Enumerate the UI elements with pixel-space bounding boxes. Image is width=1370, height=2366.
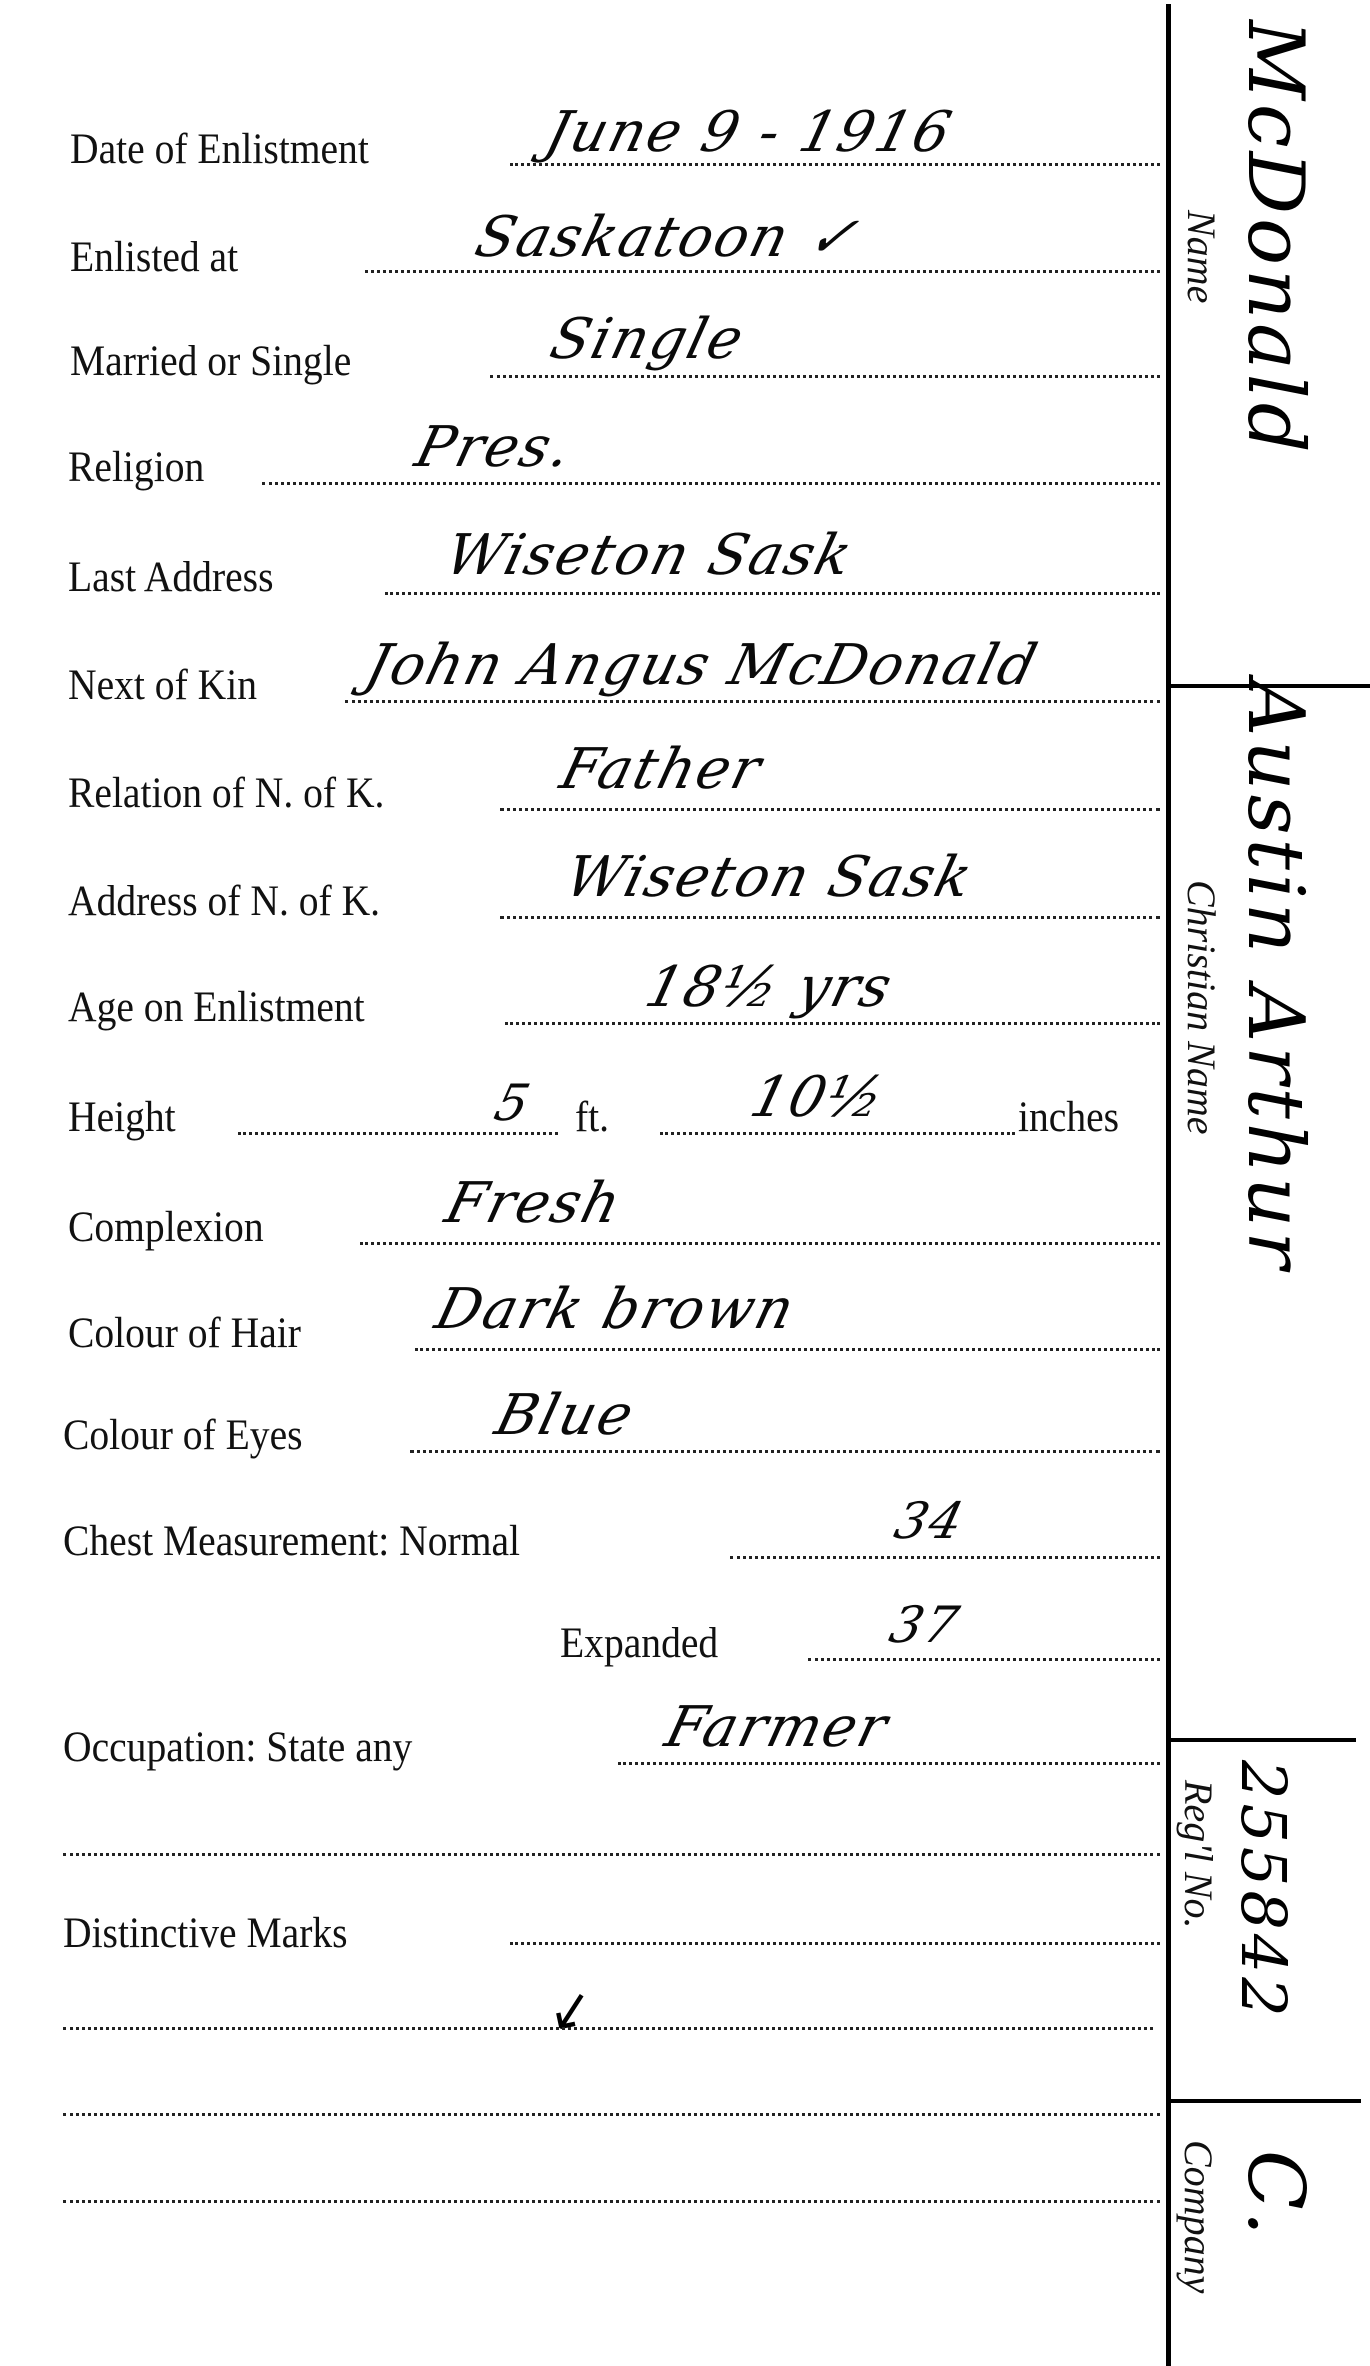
chest-normal-line bbox=[730, 1556, 1160, 1559]
relation-of-nok-line bbox=[500, 808, 1160, 811]
address-of-nok-label: Address of N. of K. bbox=[68, 880, 380, 923]
distinctive-marks-checkmark: ↙ bbox=[542, 1974, 599, 2045]
company-value: C. bbox=[1230, 2150, 1320, 2240]
height-ft-unit: ft. bbox=[575, 1096, 609, 1139]
chest-expanded-label: Expanded bbox=[560, 1622, 718, 1665]
distinctive-marks-line bbox=[510, 1942, 1160, 1945]
complexion-line bbox=[360, 1242, 1160, 1245]
height-in-line bbox=[660, 1132, 1015, 1135]
height-in-unit: inches bbox=[1018, 1096, 1119, 1139]
height-label: Height bbox=[68, 1096, 176, 1139]
occupation-line bbox=[618, 1762, 1160, 1765]
complexion-value: Fresh bbox=[440, 1176, 628, 1232]
age-on-enlistment-line bbox=[505, 1022, 1160, 1025]
married-or-single-label: Married or Single bbox=[70, 340, 351, 383]
occupation-value: Farmer bbox=[660, 1700, 894, 1756]
enlisted-at-value: Saskatoon ✓ bbox=[470, 210, 864, 266]
complexion-label: Complexion bbox=[68, 1206, 264, 1249]
attestation-card: Date of Enlistment June 9 - 1916 Enliste… bbox=[0, 0, 1370, 2366]
christian-name-label: Christian Name bbox=[1178, 880, 1225, 1134]
date-of-enlistment-label: Date of Enlistment bbox=[70, 128, 369, 171]
chest-expanded-value: 37 bbox=[885, 1600, 965, 1650]
colour-of-eyes-label: Colour of Eyes bbox=[63, 1414, 303, 1457]
last-address-value: Wiseton Sask bbox=[440, 528, 859, 584]
date-of-enlistment-value: June 9 - 1916 bbox=[540, 105, 958, 161]
last-address-label: Last Address bbox=[68, 556, 273, 599]
enlisted-at-line bbox=[365, 270, 1160, 273]
enlisted-at-label: Enlisted at bbox=[70, 236, 238, 279]
next-of-kin-label: Next of Kin bbox=[68, 664, 257, 707]
chest-normal-value: 34 bbox=[890, 1496, 970, 1546]
christian-name-value: Austin Arthur bbox=[1230, 680, 1320, 1273]
age-on-enlistment-label: Age on Enlistment bbox=[68, 986, 365, 1029]
address-of-nok-value: Wiseton Sask bbox=[560, 850, 979, 906]
distinctive-marks-label: Distinctive Marks bbox=[63, 1912, 348, 1955]
regl-no-cell-separator bbox=[1171, 2099, 1361, 2103]
last-address-line bbox=[385, 592, 1160, 595]
relation-of-nok-value: Father bbox=[555, 742, 768, 798]
religion-label: Religion bbox=[68, 446, 204, 489]
married-or-single-value: Single bbox=[545, 312, 750, 368]
regl-no-value: 255842 bbox=[1227, 1760, 1300, 2021]
age-on-enlistment-value: 18½ yrs bbox=[640, 960, 898, 1016]
surname-value: McDonald bbox=[1230, 20, 1320, 457]
regl-no-label: Reg'l No. bbox=[1175, 1780, 1222, 1929]
name-label: Name bbox=[1178, 210, 1225, 303]
colour-of-hair-label: Colour of Hair bbox=[68, 1312, 301, 1355]
distinctive-marks-line-4 bbox=[63, 2200, 1160, 2203]
colour-of-eyes-value: Blue bbox=[490, 1388, 640, 1444]
religion-line bbox=[262, 482, 1160, 485]
chest-normal-label: Chest Measurement: Normal bbox=[63, 1520, 520, 1563]
height-ft-line bbox=[238, 1132, 558, 1135]
religion-value: Pres. bbox=[410, 420, 578, 476]
height-ft-value: 5 bbox=[490, 1078, 536, 1128]
address-of-nok-line bbox=[500, 916, 1160, 919]
company-label: Company bbox=[1175, 2140, 1222, 2293]
relation-of-nok-label: Relation of N. of K. bbox=[68, 772, 384, 815]
christian-name-cell-separator bbox=[1171, 1738, 1356, 1742]
colour-of-hair-line bbox=[415, 1348, 1160, 1351]
next-of-kin-line bbox=[345, 700, 1160, 703]
chest-expanded-line bbox=[808, 1658, 1160, 1661]
distinctive-marks-line-3 bbox=[63, 2113, 1160, 2116]
married-or-single-line bbox=[490, 375, 1160, 378]
sidebar-divider bbox=[1166, 4, 1171, 2366]
colour-of-hair-value: Dark brown bbox=[430, 1282, 801, 1338]
occupation-label: Occupation: State any bbox=[63, 1726, 412, 1769]
height-in-value: 10½ bbox=[745, 1070, 891, 1126]
occupation-continuation-line bbox=[63, 1853, 1160, 1856]
distinctive-marks-line-2 bbox=[63, 2027, 1153, 2030]
colour-of-eyes-line bbox=[410, 1450, 1160, 1453]
next-of-kin-value: John Angus McDonald bbox=[360, 638, 1044, 694]
